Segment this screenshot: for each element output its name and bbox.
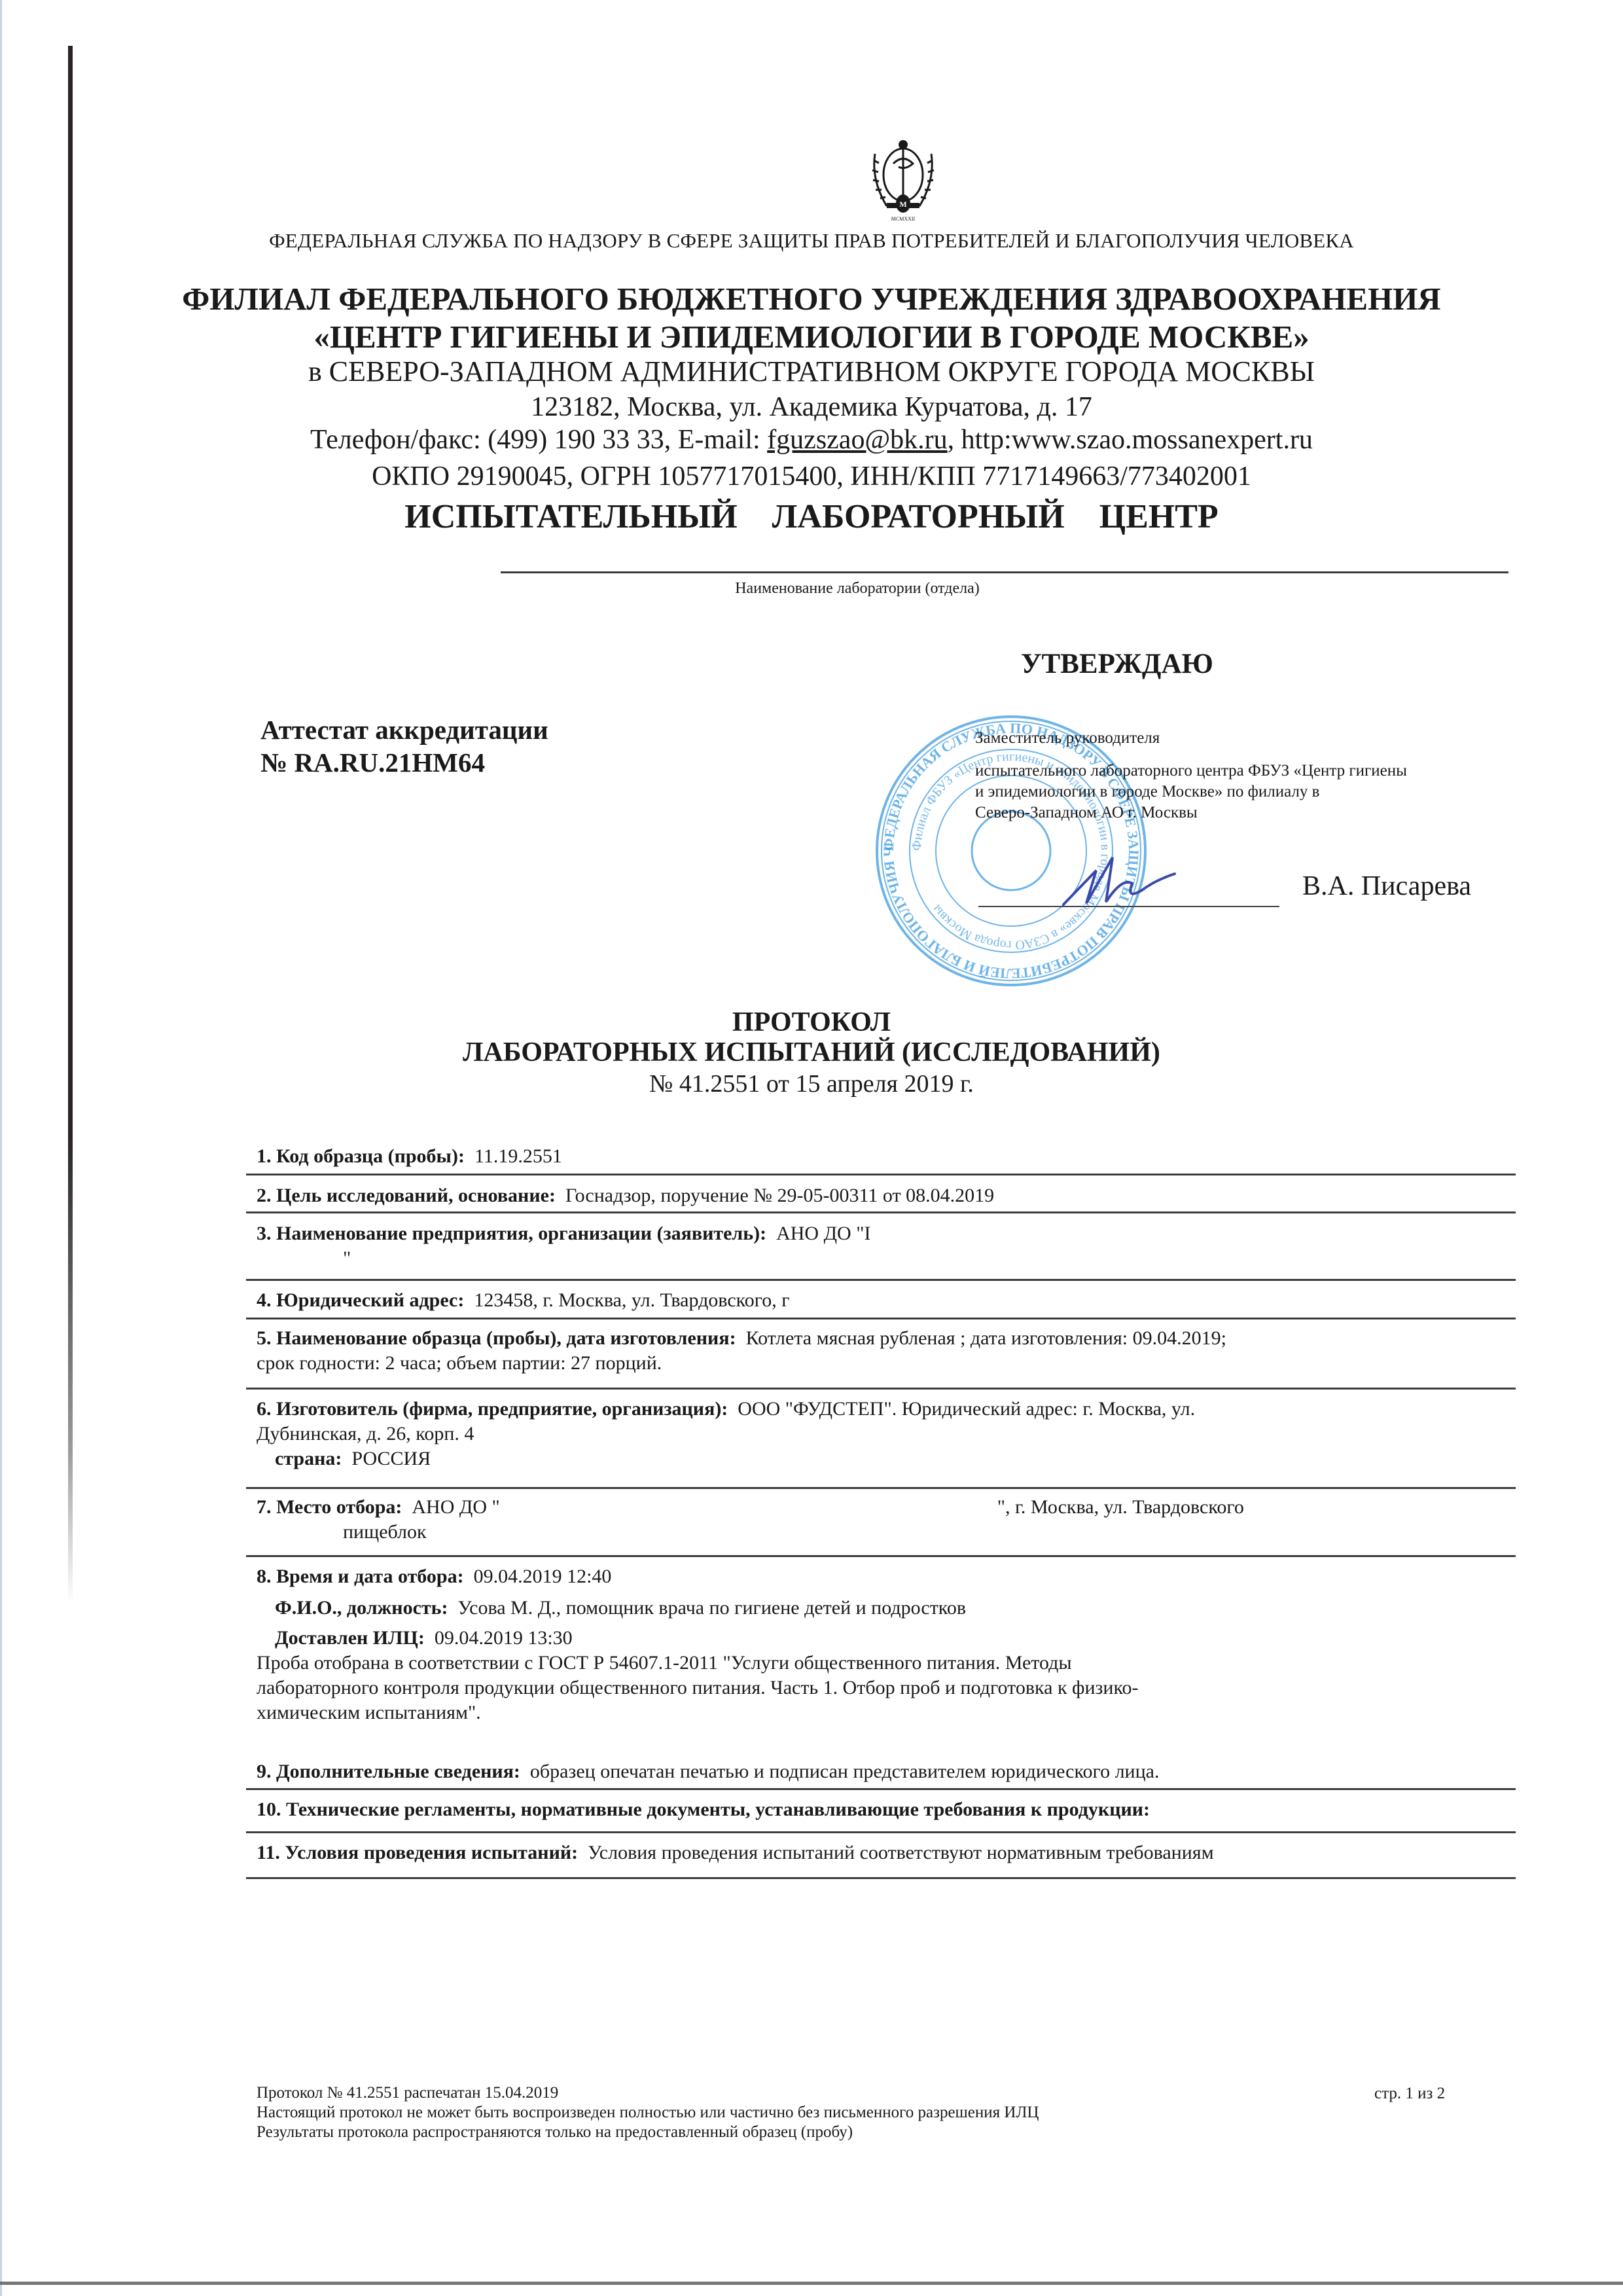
accreditation: Аттестат аккредитации № RA.RU.21HM64 (260, 713, 548, 779)
footer: Протокол № 41.2551 распечатан 15.04.2019… (257, 2083, 1039, 2142)
approver-position: Заместитель руководителя испытательного … (975, 728, 1407, 823)
org-name-line1: ФИЛИАЛ ФЕДЕРАЛЬНОГО БЮДЖЕТНОГО УЧРЕЖДЕНИ… (0, 280, 1623, 317)
website: , http:www.szao.mossanexpert.ru (948, 425, 1313, 455)
field-purpose: 2. Цель исследований, основание: Госнадз… (257, 1183, 1520, 1208)
field-applicant: 3. Наименование предприятия, организации… (257, 1221, 1520, 1271)
field-divider (246, 1877, 1516, 1879)
protocol-subtitle: ЛАБОРАТОРНЫХ ИСПЫТАНИЙ (ИССЛЕДОВАНИЙ) (0, 1037, 1623, 1068)
signer-name: В.А. Писарева (1302, 870, 1471, 902)
field-manufacturer: 6. Изготовитель (фирма, предприятие, орг… (257, 1397, 1520, 1471)
field-additional-info: 9. Дополнительные сведения: образец опеч… (257, 1759, 1520, 1784)
approval-title: УТВЕРЖДАЮ (1021, 648, 1213, 680)
field-sample-code: 1. Код образца (пробы): 11.19.2551 (257, 1144, 1520, 1169)
org-name-line2: «ЦЕНТР ГИГИЕНЫ И ЭПИДЕМИОЛОГИИ В ГОРОДЕ … (0, 318, 1623, 355)
field-test-conditions: 11. Условия проведения испытаний: Услови… (257, 1840, 1520, 1865)
accreditation-label: Аттестат аккредитации (260, 713, 548, 746)
lab-name: ИСПЫТАТЕЛЬНЫЙ ЛАБОРАТОРНЫЙ ЦЕНТР (0, 497, 1623, 536)
footer-printed: Протокол № 41.2551 распечатан 15.04.2019 (257, 2083, 1039, 2103)
field-sample-name: 5. Наименование образца (пробы), дата из… (257, 1326, 1520, 1376)
org-address: 123182, Москва, ул. Академика Курчатова,… (0, 391, 1623, 423)
protocol-title: ПРОТОКОЛ (0, 1007, 1623, 1038)
field-legal-address: 4. Юридический адрес: 123458, г. Москва,… (257, 1288, 1520, 1313)
lab-name-rule (501, 571, 1508, 573)
field-divider (246, 1211, 1516, 1213)
svg-text:MCMXXII: MCMXXII (891, 216, 916, 222)
org-contacts: Телефон/факс: (499) 190 33 33, E-mail: f… (0, 424, 1623, 456)
agency-name: ФЕДЕРАЛЬНАЯ СЛУЖБА ПО НАДЗОРУ В СФЕРЕ ЗА… (0, 229, 1623, 253)
email-link[interactable]: fguzszao@bk.ru (767, 425, 947, 455)
field-sampling-place: 7. Место отбора: АНО ДО "", г. Москва, у… (257, 1495, 1520, 1545)
field-divider (246, 1174, 1516, 1175)
field-divider (246, 1487, 1516, 1489)
accreditation-number: № RA.RU.21HM64 (260, 746, 548, 779)
org-requisites: ОКПО 29190045, ОГРН 1057717015400, ИНН/К… (0, 461, 1623, 492)
field-divider (246, 1555, 1516, 1557)
signature-icon (1060, 844, 1185, 910)
field-divider (246, 1388, 1516, 1390)
footer-notice-copy: Настоящий протокол не может быть воспрои… (257, 2103, 1039, 2123)
signature-line (978, 906, 1279, 907)
page-number: стр. 1 из 2 (1374, 2085, 1445, 2103)
field-divider (246, 1831, 1516, 1833)
svg-text:M: M (899, 200, 906, 209)
field-regulations: 10. Технические регламенты, нормативные … (257, 1797, 1520, 1822)
footer-notice-scope: Результаты протокола распространяются то… (257, 2123, 1039, 2142)
rospotrebnadzor-emblem-icon: M MCMXXII (867, 134, 939, 226)
field-divider (246, 1318, 1516, 1319)
field-sampling-time: 8. Время и дата отбора: 09.04.2019 12:40… (257, 1564, 1520, 1725)
field-divider (246, 1788, 1516, 1790)
scan-border-line-bottom (0, 2282, 1623, 2285)
protocol-number: № 41.2551 от 15 апреля 2019 г. (0, 1069, 1623, 1098)
lab-caption: Наименование лаборатории (отдела) (0, 580, 1623, 598)
scan-border-line-left (68, 46, 73, 1604)
contact-phone: Телефон/факс: (499) 190 33 33, E-mail: (310, 425, 767, 455)
field-divider (246, 1279, 1516, 1281)
org-name-line3: в СЕВЕРО-ЗАПАДНОМ АДМИНИСТРАТИВНОМ ОКРУГ… (0, 355, 1623, 388)
